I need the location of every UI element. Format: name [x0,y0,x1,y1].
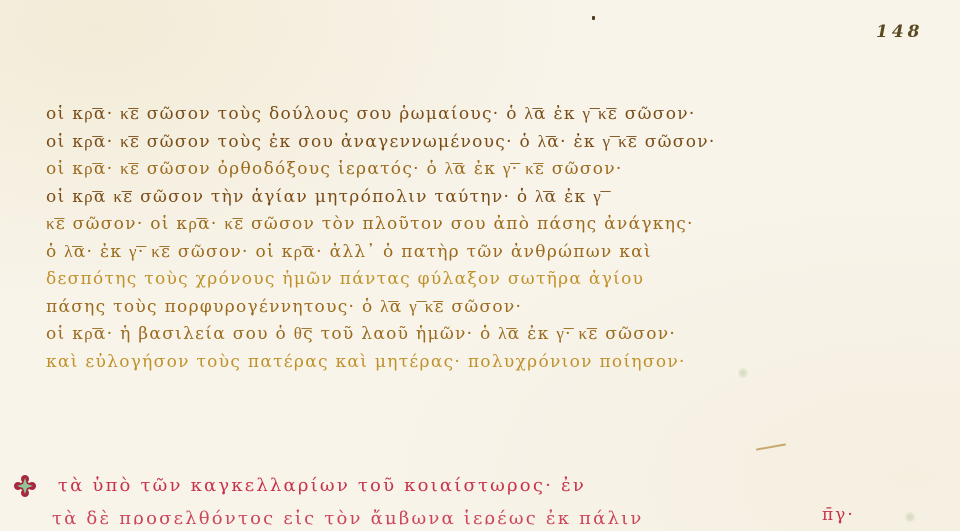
text-line: οἱ κρ͞α· κ͞ε σῶσον ὀρθοδόξους ἱερατός· ὁ… [46,159,806,187]
rubric-line: τὰ ὑπὸ τῶν καγκελλαρίων τοῦ κοιαίστωρος·… [14,475,960,505]
text-line: οἱ κρ͞α κ͞ε σῶσον τὴν ἁγίαν μητρόπολιν τ… [46,187,806,215]
quatrefoil-ornament-icon [14,475,36,497]
rubric-block: τὰ ὑπὸ τῶν καγκελλαρίων τοῦ κοιαίστωρος·… [14,475,960,505]
rubric-text: τὰ ὑπὸ τῶν καγκελλαρίων τοῦ κοιαίστωρος·… [58,475,586,496]
stain-mark [738,368,748,378]
text-line: οἱ κρ͞α· κ͞ε σῶσον τοὺς ἐκ σου ἀναγεννωμ… [46,132,806,160]
folio-number: 148 [876,22,924,42]
main-text-block: οἱ κρ͞α· κ͞ε σῶσον τοὺς δούλους σου ῥωμα… [46,104,806,379]
margin-note: π̄γ· [822,505,855,525]
text-line: κ͞ε σῶσον· οἱ κρ͞α· κ͞ε σῶσον τὸν πλοῦτο… [46,214,806,242]
line-filler-stroke [756,443,786,450]
text-line: δεσπότης τοὺς χρόνους ἡμῶν πάντας φύλαξο… [46,269,806,297]
rubric-line-cut-off: τὰ δὲ προσελθόντος εἰς τὸν ἄμβωνα ἱερέως… [52,508,644,531]
text-line: οἱ κρ͞α· ἡ βασιλεία σου ὁ θ͞ς τοῦ λαοῦ ἡ… [46,324,806,352]
text-line: ὁ λ͞α· ἐκ γ͞· κ͞ε σῶσον· οἱ κρ͞α· ἀλλ᾽ ὁ… [46,242,806,270]
text-line: καὶ εὐλογήσον τοὺς πατέρας καὶ μητέρας· … [46,352,806,380]
text-line: πάσης τοὺς πορφυρογέννητους· ὁ λ͞α γ͞ κ͞… [46,297,806,325]
manuscript-page: 148 οἱ κρ͞α· κ͞ε σῶσον τοὺς δούλους σου … [0,0,960,531]
text-line: οἱ κρ͞α· κ͞ε σῶσον τοὺς δούλους σου ῥωμα… [46,104,806,132]
stain-mark [905,512,915,522]
ink-speck [592,16,595,20]
